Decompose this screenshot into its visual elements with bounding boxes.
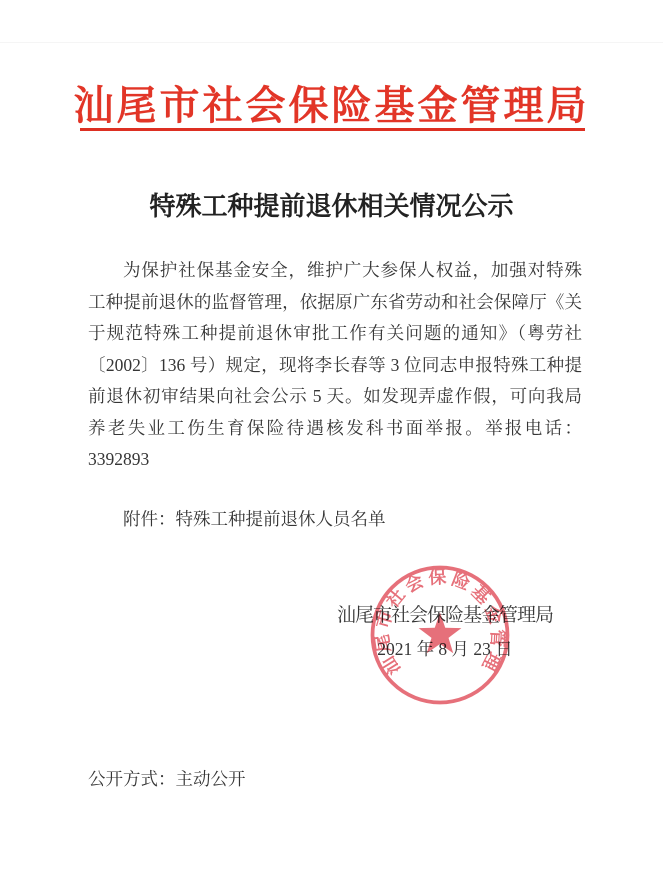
signature-org-name: 汕尾市社会保险基金管理局 xyxy=(314,604,576,628)
signature-block: 汕尾市社会保险基金管理局 2021 年 8 月 23 日 xyxy=(314,604,576,660)
body-line: 养老失业工伤生育保险待遇核发科书面举报。举报电话： xyxy=(88,413,582,445)
agency-header-title: 汕尾市社会保险基金管理局 xyxy=(0,74,663,131)
publicity-method-line: 公开方式：主动公开 xyxy=(88,766,246,792)
body-line: 〔2002〕136 号）规定，现将李长春等 3 位同志申报特殊工种提 xyxy=(88,350,582,382)
body-line: 为保护社保基金安全，维护广大参保人权益，加强对特殊 xyxy=(88,255,582,287)
body-line-phone-number: 3392893 xyxy=(88,444,582,476)
body-line: 于规范特殊工种提前退休审批工作有关问题的通知》（粤劳社 xyxy=(88,318,582,350)
body-line: 前退休初审结果向社会公示 5 天。如发现弄虚作假，可向我局 xyxy=(88,381,582,413)
document-page: 汕尾市社会保险基金管理局 特殊工种提前退休相关情况公示 为保护社保基金安全，维护… xyxy=(0,0,663,881)
attachment-line: 附件：特殊工种提前退休人员名单 xyxy=(88,504,582,536)
body-paragraph: 为保护社保基金安全，维护广大参保人权益，加强对特殊 工种提前退休的监督管理，依据… xyxy=(88,255,582,476)
document-title: 特殊工种提前退休相关情况公示 xyxy=(0,186,663,223)
header-divider-rule xyxy=(80,128,585,131)
scan-artifact-line xyxy=(0,42,663,43)
signature-date: 2021 年 8 月 23 日 xyxy=(314,638,576,660)
body-line: 工种提前退休的监督管理，依据原广东省劳动和社会保障厅《关 xyxy=(88,287,582,319)
